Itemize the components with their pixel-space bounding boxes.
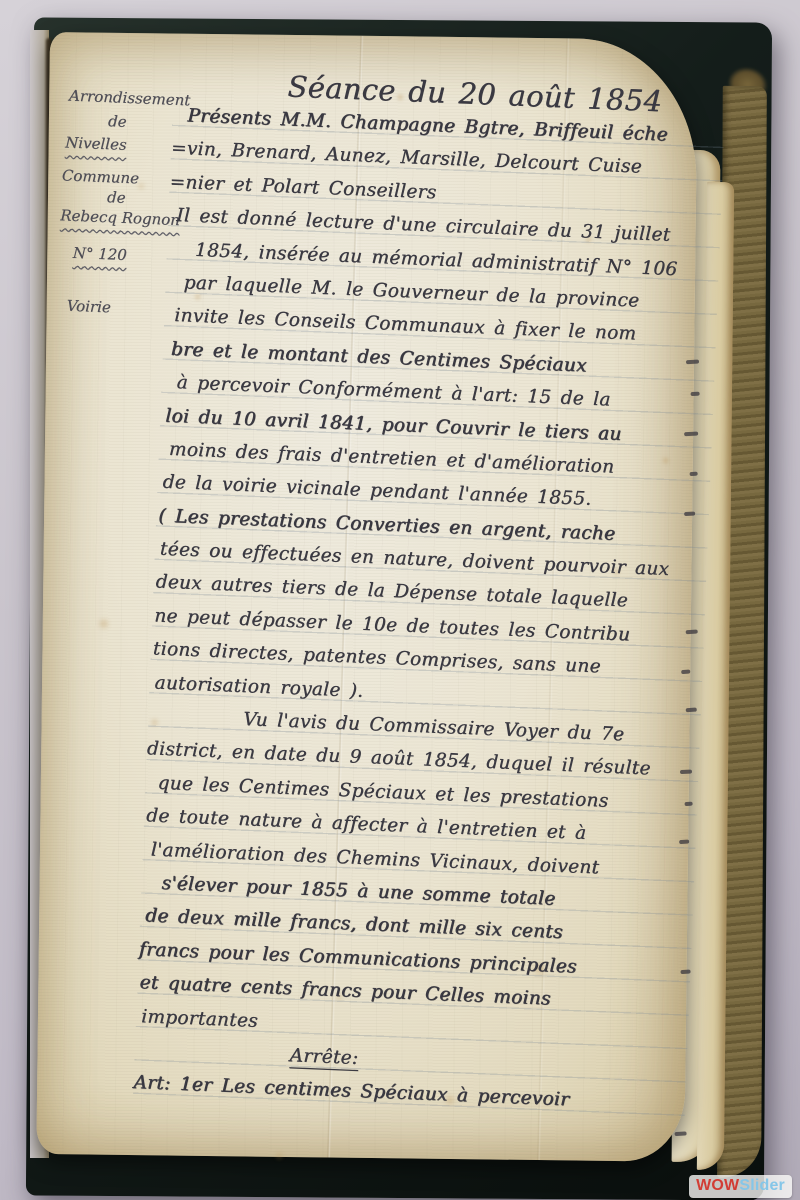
- margin-note-nivelles: Nivelles: [65, 133, 127, 153]
- watermark-wow-text: WOW: [696, 1177, 739, 1194]
- margin-note-commune: Commune: [62, 166, 140, 187]
- margin-note-voirie: Voirie: [66, 297, 111, 317]
- margin-note-numero: N° 120: [72, 244, 127, 264]
- manuscript-body: Présents M.M. Champagne Bgtre, Briffeuil…: [133, 99, 725, 1122]
- watermark-slider-text: Slider: [739, 1177, 785, 1194]
- margin-note-de-1: de: [108, 112, 127, 131]
- margin-annotations: Arrondissement de Nivelles Commune de Re…: [65, 86, 225, 92]
- handwriting-layer: Séance du 20 août 1854 Arrondissement de…: [7, 30, 700, 1177]
- margin-note-rebecq-rognon: Rebecq Rognon: [60, 206, 180, 229]
- manuscript-page: Séance du 20 août 1854 Arrondissement de…: [36, 32, 698, 1162]
- margin-note-de-2: de: [107, 188, 126, 207]
- wowslider-watermark[interactable]: WOWSlider: [689, 1175, 792, 1198]
- photo-stage: Séance du 20 août 1854 Arrondissement de…: [0, 0, 800, 1200]
